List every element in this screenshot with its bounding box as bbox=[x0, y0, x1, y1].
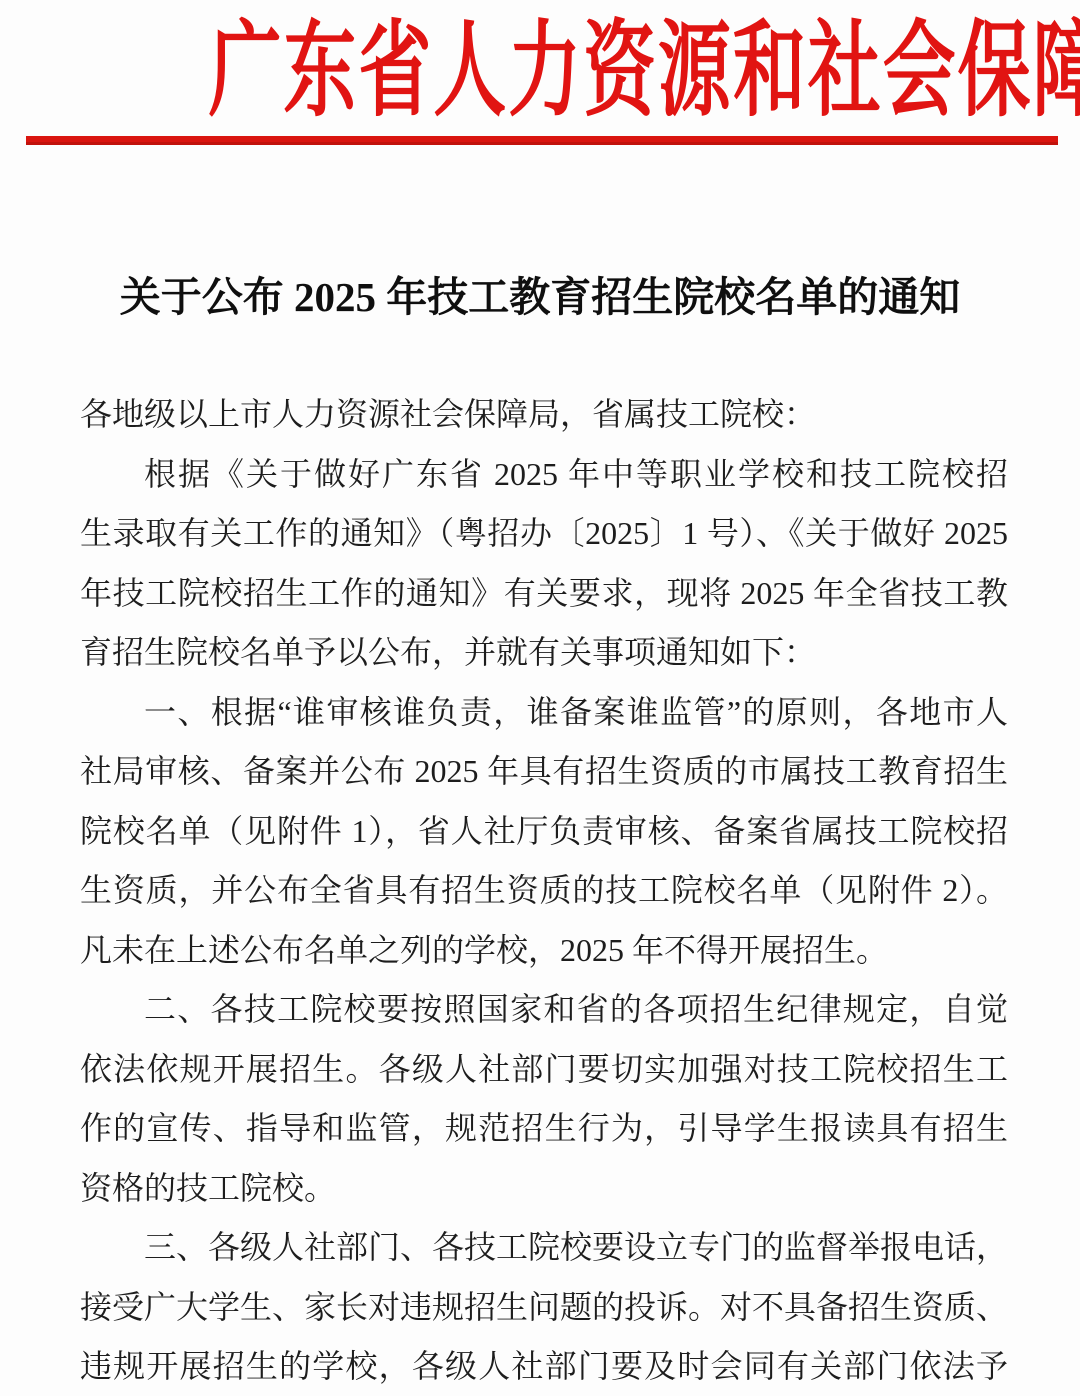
body-line: 作的宣传、指导和监管，规范招生行为，引导学生报读具有招生 bbox=[80, 1099, 1008, 1159]
body-line: 接受广大学生、家长对违规招生问题的投诉。对不具备招生资质、 bbox=[80, 1278, 1008, 1338]
body-line: 育招生院校名单予以公布，并就有关事项通知如下： bbox=[80, 623, 1008, 683]
body-line: 院校名单（见附件 1），省人社厅负责审核、备案省属技工院校招 bbox=[80, 802, 1008, 862]
body-line: 三、各级人社部门、各技工院校要设立专门的监督举报电话， bbox=[80, 1218, 1008, 1278]
body-line: 违规开展招生的学校，各级人社部门要及时会同有关部门依法予 bbox=[80, 1337, 1008, 1396]
body-line: 年技工院校招生工作的通知》有关要求，现将 2025 年全省技工教 bbox=[80, 564, 1008, 624]
document-page: 广东省人力资源和社会保障厅 关于公布 2025 年技工教育招生院校名单的通知 各… bbox=[0, 0, 1080, 1396]
document-title: 关于公布 2025 年技工教育招生院校名单的通知 bbox=[0, 270, 1080, 324]
body-line: 生录取有关工作的通知》（粤招办〔2025〕1 号）、《关于做好 2025 bbox=[80, 504, 1008, 564]
body-line: 生资质，并公布全省具有招生资质的技工院校名单（见附件 2）。 bbox=[80, 861, 1008, 921]
body-line: 社局审核、备案并公布 2025 年具有招生资质的市属技工教育招生 bbox=[80, 742, 1008, 802]
body-line: 根据《关于做好广东省 2025 年中等职业学校和技工院校招 bbox=[80, 445, 1008, 505]
letterhead-rule bbox=[26, 136, 1058, 145]
body-line: 依法依规开展招生。各级人社部门要切实加强对技工院校招生工 bbox=[80, 1040, 1008, 1100]
body-line: 二、各技工院校要按照国家和省的各项招生纪律规定，自觉 bbox=[80, 980, 1008, 1040]
body-line: 凡未在上述公布名单之列的学校，2025 年不得开展招生。 bbox=[80, 921, 1008, 981]
body-line: 资格的技工院校。 bbox=[80, 1159, 1008, 1219]
document-body: 各地级以上市人力资源社会保障局，省属技工院校：根据《关于做好广东省 2025 年… bbox=[80, 385, 1008, 1396]
letterhead-agency-name: 广东省人力资源和社会保障厅 bbox=[209, 12, 1080, 132]
letterhead: 广东省人力资源和社会保障厅 bbox=[0, 12, 1080, 132]
body-line: 一、根据“谁审核谁负责，谁备案谁监管”的原则，各地市人 bbox=[80, 683, 1008, 743]
body-line: 各地级以上市人力资源社会保障局，省属技工院校： bbox=[80, 385, 1008, 445]
